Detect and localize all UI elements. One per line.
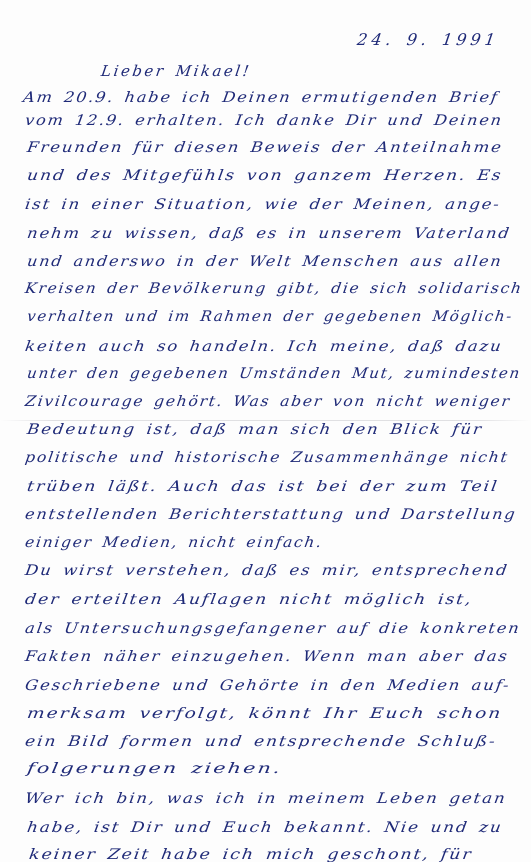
letter-line: keiner Zeit habe ich mich geschont, für xyxy=(28,847,474,862)
letter-line: unter den gegebenen Umständen Mut, zumin… xyxy=(26,366,522,382)
letter-line: nehm zu wissen, daß es in unserem Vaterl… xyxy=(26,226,512,242)
letter-line: und anderswo in der Welt Menschen aus al… xyxy=(26,254,504,270)
letter-line: und des Mitgefühls von ganzem Herzen. Es xyxy=(26,168,503,184)
letter-line: entstellenden Berichterstattung und Dars… xyxy=(24,507,518,523)
letter-line: Kreisen der Bevölkerung gibt, die sich s… xyxy=(24,281,524,297)
letter-line: vom 12.9. erhalten. Ich danke Dir und De… xyxy=(24,113,504,129)
letter-line: folgerungen ziehen. xyxy=(26,761,283,777)
letter-line: politische und historische Zusammenhänge… xyxy=(24,450,510,466)
letter-line: Fakten näher einzugehen. Wenn man aber d… xyxy=(24,649,510,665)
letter-line: merksam verfolgt, könnt Ihr Euch schon xyxy=(26,706,503,722)
letter-salutation: Lieber Mikael! xyxy=(100,62,252,80)
letter-line: ein Bild formen und entsprechende Schluß… xyxy=(24,734,498,750)
letter-line: Am 20.9. habe ich Deinen ermutigenden Br… xyxy=(22,90,500,106)
letter-line: keiten auch so handeln. Ich meine, daß d… xyxy=(24,339,504,355)
letter-line: einiger Medien, nicht einfach. xyxy=(24,535,324,551)
letter-date: 24. 9. 1991 xyxy=(356,30,500,49)
letter-line: Wer ich bin, was ich in meinem Leben get… xyxy=(24,791,508,807)
letter-line: Zivilcourage gehört. Was aber von nicht … xyxy=(24,394,512,410)
letter-line: Du wirst verstehen, daß es mir, entsprec… xyxy=(24,563,510,579)
paper-fold-line xyxy=(0,420,531,421)
letter-line: der erteilten Auflagen nicht möglich ist… xyxy=(24,592,474,608)
letter-line: Geschriebene und Gehörte in den Medien a… xyxy=(24,678,512,694)
letter-line: ist in einer Situation, wie der Meinen, … xyxy=(24,197,502,213)
letter-line: verhalten und im Rahmen der gegebenen Mö… xyxy=(26,309,514,325)
letter-line: Freunden für diesen Beweis der Anteilnah… xyxy=(26,140,504,156)
letter-line: habe, ist Dir und Euch bekannt. Nie und … xyxy=(26,820,504,836)
letter-page: 24. 9. 1991 Lieber Mikael! Am 20.9. habe… xyxy=(0,0,531,862)
letter-line: als Untersuchungsgefangener auf die konk… xyxy=(24,621,522,637)
letter-line: trüben läßt. Auch das ist bei der zum Te… xyxy=(26,479,500,495)
letter-line: Bedeutung ist, daß man sich den Blick fü… xyxy=(26,422,484,438)
